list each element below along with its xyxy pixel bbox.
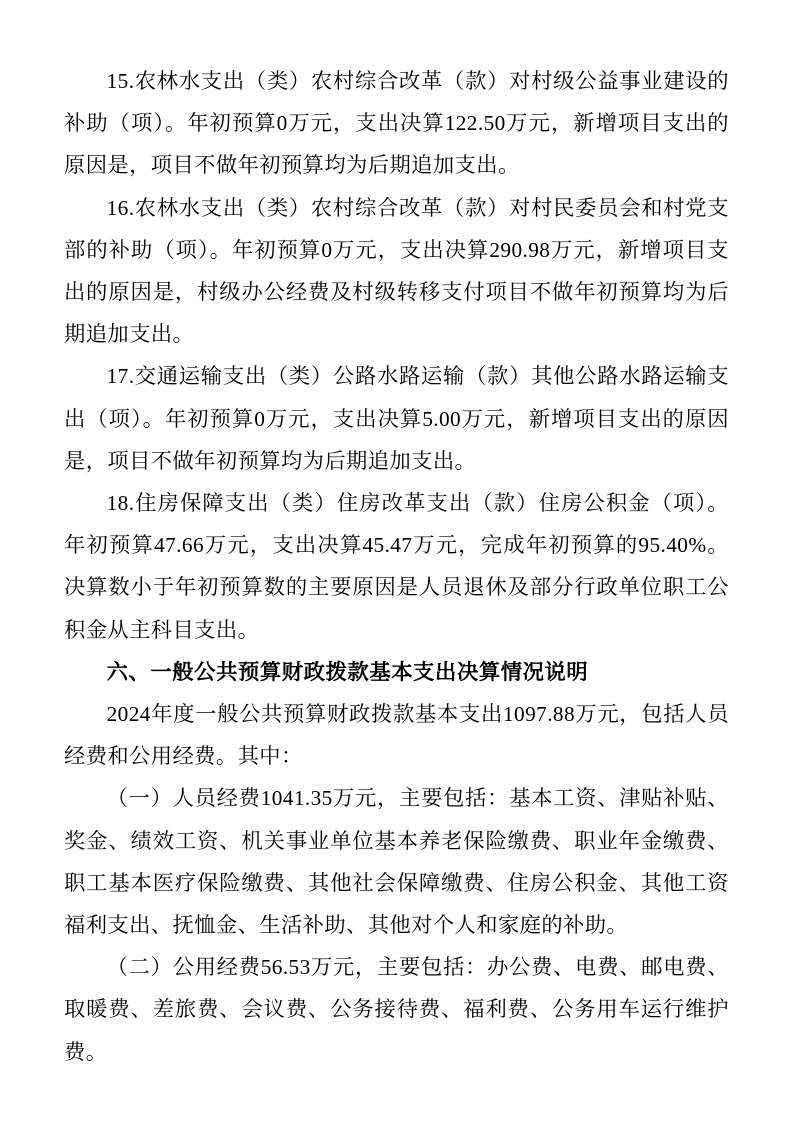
para-item-17-transport-expenditure: 17.交通运输支出（类）公路水路运输（款）其他公路水路运输支出（项）。年初预算0… [64, 355, 729, 482]
para-item-16-agriculture-village-committee: 16.农林水支出（类）农村综合改革（款）对村民委员会和村党支部的补助（项）。年初… [64, 187, 729, 356]
para-item-15-agriculture-village-welfare: 15.农林水支出（类）农村综合改革（款）对村级公益事业建设的补助（项）。年初预算… [64, 60, 729, 187]
para-personnel-expense: （一）人员经费1041.35万元，主要包括：基本工资、津贴补贴、奖金、绩效工资、… [64, 777, 729, 946]
section-heading-basic-expenditure: 六、一般公共预算财政拨款基本支出决算情况说明 [64, 651, 729, 693]
para-public-expense: （二）公用经费56.53万元，主要包括：办公费、电费、邮电费、取暖费、差旅费、会… [64, 946, 729, 1073]
document-page: 15.农林水支出（类）农村综合改革（款）对村级公益事业建设的补助（项）。年初预算… [0, 0, 793, 1122]
para-basic-expenditure-intro: 2024年度一般公共预算财政拨款基本支出1097.88万元，包括人员经费和公用经… [64, 693, 729, 777]
para-item-18-housing-fund: 18.住房保障支出（类）住房改革支出（款）住房公积金（项）。年初预算47.66万… [64, 482, 729, 651]
